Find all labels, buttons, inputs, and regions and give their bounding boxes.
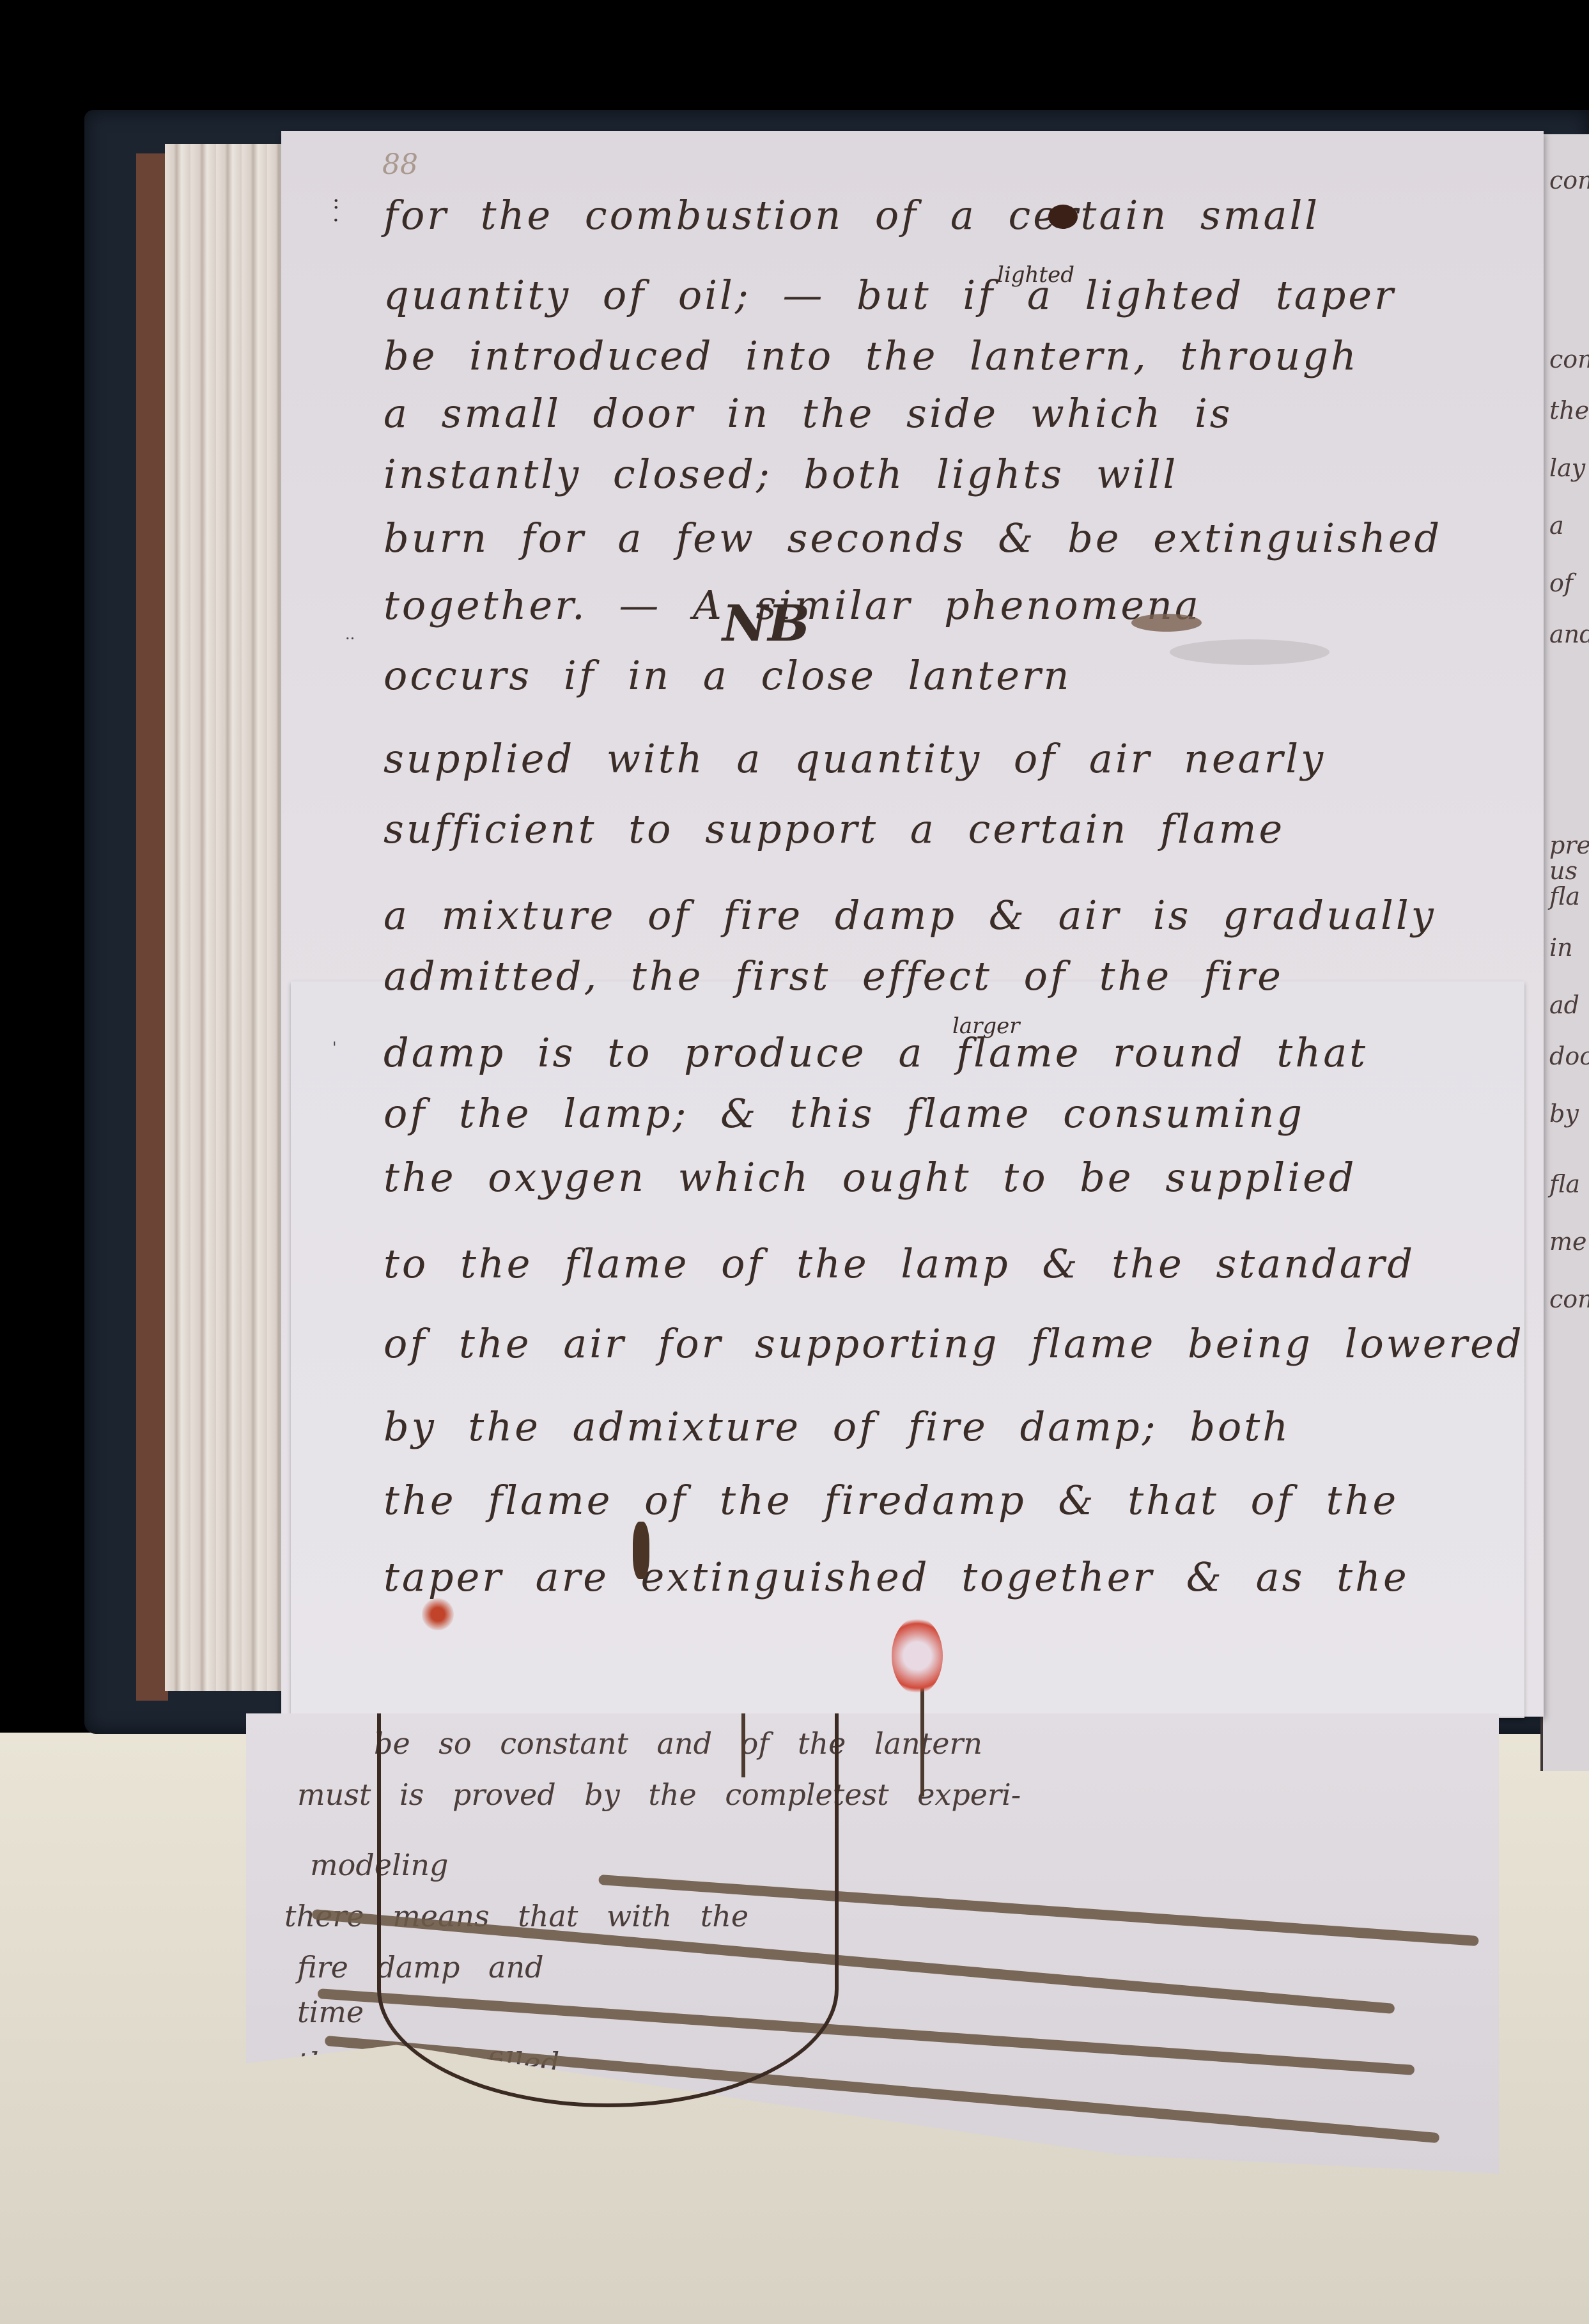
facing-page-fragment: the [1549, 396, 1589, 425]
margin-tick: ·· [345, 630, 355, 648]
text-line: of the lamp; & this flame consuming [384, 1090, 1528, 1137]
nota-bene-mark: NB [722, 595, 810, 653]
text-line: the flame of the firedamp & that of the [384, 1477, 1528, 1524]
text-line: a small door in the side which is [384, 390, 1528, 437]
facing-page-fragment: a [1549, 511, 1564, 540]
offset-shadow [1170, 639, 1329, 665]
facing-page-fragment: pres [1549, 831, 1589, 859]
text-line: be introduced into the lantern, through [384, 332, 1528, 379]
margin-tick: ' [332, 1039, 337, 1057]
text-line: to the flame of the lamp & the standard [384, 1240, 1528, 1287]
facing-page-fragment: con [1549, 345, 1589, 373]
facing-page-fragment: of [1549, 569, 1573, 597]
text-line: by the admixture of fire damp; both [384, 1403, 1528, 1450]
endpaper [136, 153, 168, 1701]
text-line: burn for a few seconds & be extinguished [384, 515, 1528, 561]
text-line: supplied with a quantity of air nearly [384, 735, 1528, 782]
facing-page-fragment: ad [1549, 991, 1579, 1019]
text-line: taper are extinguished together & as the [384, 1554, 1528, 1600]
red-spot [422, 1598, 454, 1630]
text-line: of the air for supporting flame being lo… [384, 1320, 1528, 1367]
text-line: instantly closed; both lights will [384, 451, 1528, 497]
page-number: 88 [382, 148, 418, 181]
facing-page-fragment: by [1549, 1100, 1579, 1128]
caret-insertion: lighted [997, 262, 1074, 288]
text-line: quantity of oil; — but if a lighted tape… [384, 272, 1528, 318]
facing-page-fragment: us [1549, 857, 1577, 885]
text-line: admitted, the first effect of the fire [384, 953, 1528, 999]
facing-page-fragment: con [1549, 1285, 1589, 1313]
ink-loop-mark [377, 1713, 839, 2107]
facing-page: con con the lay a of and pres us fla in … [1540, 134, 1589, 1771]
facing-page-fragment: fla [1549, 1170, 1580, 1198]
facing-page-fragment: doo [1549, 1042, 1589, 1070]
text-line: for the combustion of a certain small [384, 192, 1528, 238]
margin-notation: :· [332, 192, 339, 230]
facing-page-fragment: and [1549, 620, 1589, 648]
ink-drip [633, 1522, 649, 1579]
text-line: a mixture of fire damp & air is graduall… [384, 892, 1528, 939]
ink-blot [1048, 205, 1078, 229]
page-edge-stack [165, 144, 288, 1691]
facing-page-fragment: lay [1549, 454, 1585, 482]
facing-page-fragment: fla [1549, 882, 1580, 910]
facing-page-fragment: in [1549, 933, 1573, 962]
pin-mark [920, 1688, 924, 1797]
pin-mark [741, 1713, 745, 1777]
text-line: occurs if in a close lantern [384, 652, 1528, 699]
red-wax-stain [892, 1618, 943, 1694]
facing-page-fragment: con [1549, 166, 1589, 194]
text-line: together. — A similar phenomena [384, 582, 1528, 628]
caret-insertion: larger [952, 1013, 1020, 1039]
text-line: the oxygen which ought to be supplied [384, 1154, 1528, 1201]
ink-smudge [1131, 614, 1202, 632]
text-line: sufficient to support a certain flame [384, 806, 1528, 852]
facing-page-fragment: me [1549, 1228, 1587, 1256]
